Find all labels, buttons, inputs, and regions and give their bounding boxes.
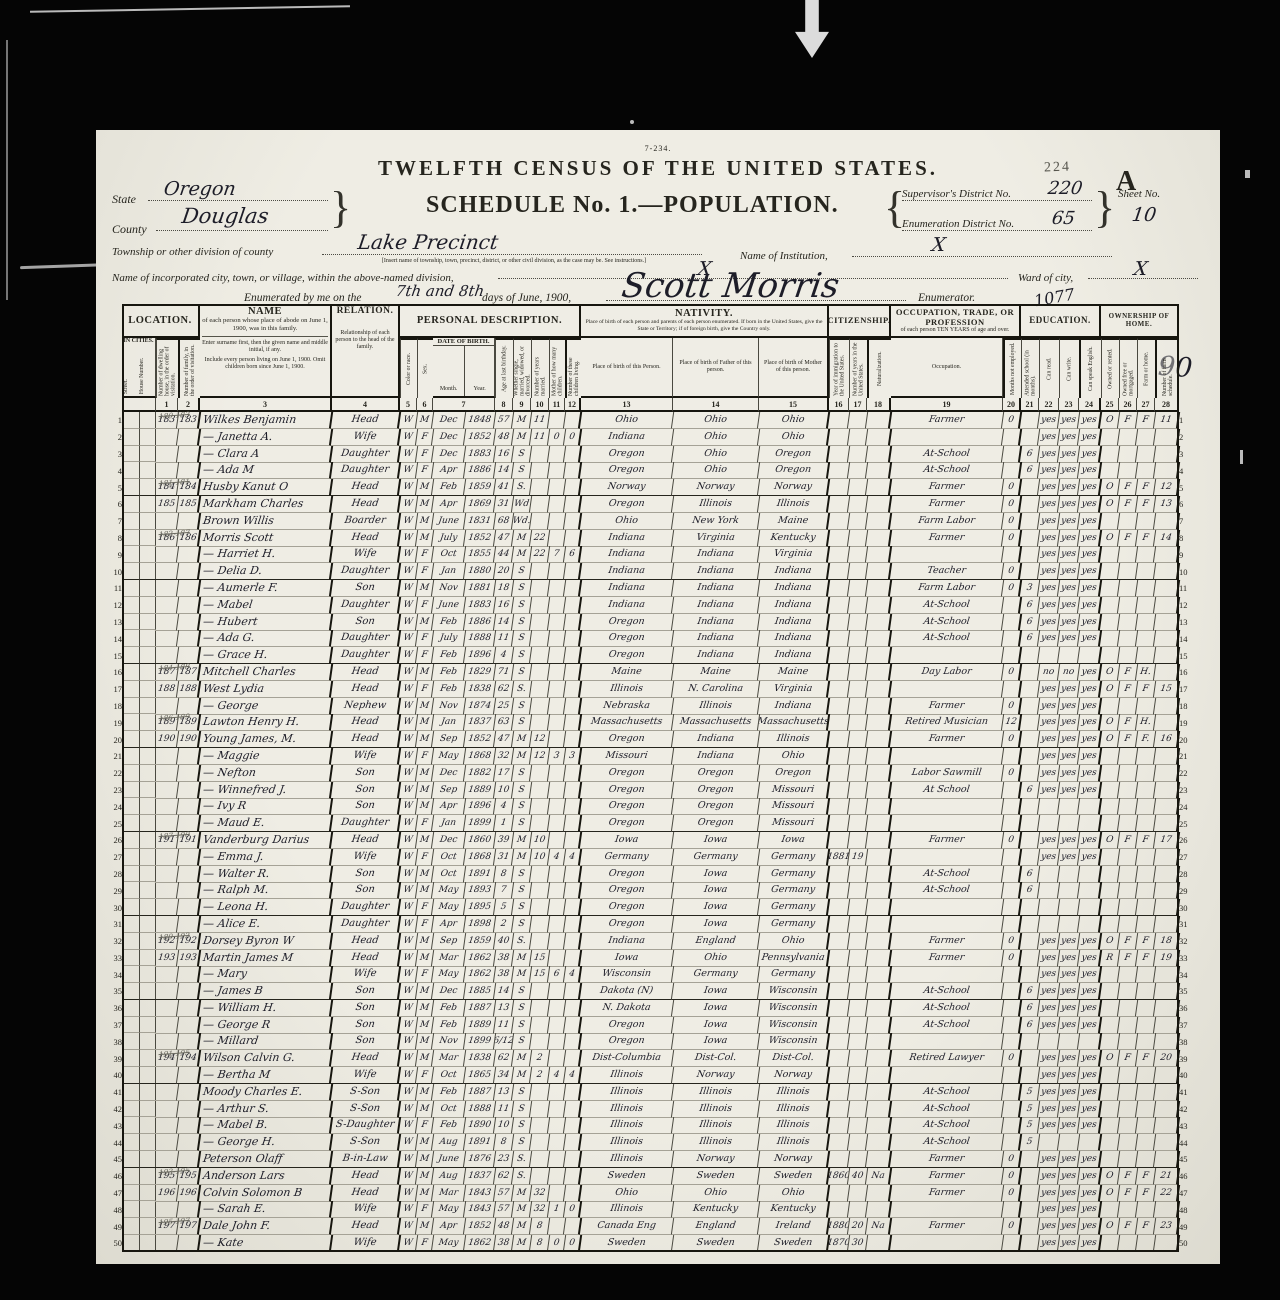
cell-occupation: At-School [890,866,1004,883]
cell-naturalization [866,1101,892,1118]
cell-naturalization [866,748,892,765]
cell-occupation: Farmer [890,412,1004,429]
cell-family-number [177,882,201,899]
cell-relation: Head [331,530,401,547]
cell-relation: Daughter [331,630,401,647]
cell-mother-birthplace: Oregon [758,446,830,463]
cell-name: — Nefton [199,765,333,782]
cell-house-number [140,782,156,799]
cell-dwelling-number [155,647,179,664]
cell-occupation: At School [890,782,1004,799]
column-number: 17 [849,398,867,412]
column-number: 28 [1155,398,1179,412]
cell-farm-schedule-number [1154,462,1180,479]
cell-birth-month: Feb [432,1117,466,1134]
scan-mark-arrow [795,0,829,58]
cell-can-write: yes [1058,630,1080,647]
cell-father-birthplace: Iowa [672,866,760,883]
cell-can-read: yes [1038,849,1060,866]
cell-house-number [140,1168,156,1185]
cell-naturalization: Na [866,1218,892,1235]
cell-immigration-year [828,933,850,950]
row-number-left: 50 [108,1235,122,1252]
cell-naturalization [866,1117,892,1134]
cell-birth-month: Sep [432,731,466,748]
cell-can-write: yes [1058,950,1080,967]
cell-father-birthplace: Iowa [672,916,760,933]
cell-can-write [1058,866,1080,883]
cell-immigration-year [828,1033,850,1050]
cell-can-write: yes [1058,1050,1080,1067]
cell-can-read: yes [1038,1218,1060,1235]
cell-father-birthplace: Ohio [672,412,760,429]
cell-can-write [1058,815,1080,832]
cell-naturalization [866,1067,892,1084]
cell-farm-schedule-number: 23 [1154,1218,1180,1235]
cell-immigration-year [828,614,850,631]
row-number-left: 24 [108,798,122,815]
cell-occupation: Farm Labor [890,513,1004,530]
cell-naturalization [866,1134,892,1151]
column-number: 14 [673,398,759,412]
cell-occupation [890,1067,1004,1084]
cell-can-speak-english: yes [1078,563,1102,580]
cell-street [122,1151,140,1168]
color-race-column-label: Color or race. [400,338,417,398]
cell-relation: S-Son [331,1101,401,1118]
cell-family-number [177,983,201,1000]
cell-occupation: Labor Sawmill [890,765,1004,782]
state-line: Oregon [148,178,328,201]
cell-can-speak-english: yes [1078,1101,1102,1118]
cell-can-speak-english: yes [1078,1050,1102,1067]
cell-naturalization [866,765,892,782]
cell-father-birthplace: Sweden [672,1168,760,1185]
cell-father-birthplace: Oregon [672,815,760,832]
cell-farm-schedule-number [1154,1017,1180,1034]
cell-can-write: yes [1058,765,1080,782]
cell-can-speak-english: yes [1078,950,1102,967]
cell-birth-year: 1843 [464,1185,496,1202]
cell-occupation: At-School [890,983,1004,1000]
name-note2: Include every person living on June 1, 1… [202,357,328,371]
row-number-right: 35 [1179,983,1205,1000]
cell-family-number: 197 [177,1218,201,1235]
cell-house-number [140,950,156,967]
cell-father-birthplace: Germany [672,849,760,866]
farm-or-home-column-label: Farm or home. [1137,338,1155,398]
cell-birth-year: 1882 [464,765,496,782]
family-column-label: Number of family, in the order of visita… [178,338,200,398]
cell-mother-birthplace: Wisconsin [758,1017,830,1034]
cell-street [122,1168,140,1185]
cell-house-number [140,630,156,647]
cell-dwelling-number: 195193 195 [155,1168,179,1185]
cell-mother-birthplace: Iowa [758,832,830,849]
cell-father-birthplace: Iowa [672,1033,760,1050]
cell-birth-year: 1893 [464,882,496,899]
cell-house-number [140,983,156,1000]
cell-can-read: yes [1038,580,1060,597]
cell-occupation [890,1201,1004,1218]
cell-father-birthplace: Indiana [672,597,760,614]
cell-birth-year: 1886 [464,614,496,631]
cell-relation: Wife [331,1201,401,1218]
nativity-sub: Place of birth of each person and parent… [582,319,826,332]
cell-immigration-year [828,765,850,782]
row-number-right: 36 [1179,1000,1205,1017]
cell-relation: Son [331,580,401,597]
cell-can-speak-english: yes [1078,1117,1102,1134]
cell-dwelling-number [155,899,179,916]
cell-house-number [140,647,156,664]
cell-mother-birthplace: Sweden [758,1235,830,1252]
cell-relation: Head [331,664,401,681]
cell-birthplace: Oregon [580,647,674,664]
cell-can-speak-english: yes [1078,496,1102,513]
cell-birth-month: Apr [432,496,466,513]
row-number-right: 34 [1179,966,1205,983]
cell-can-write: yes [1058,1168,1080,1185]
cell-can-read: yes [1038,563,1060,580]
cell-occupation [890,899,1004,916]
cell-relation: Head [331,496,401,513]
cell-family-number [177,966,201,983]
cell-birth-month: Jan [432,714,466,731]
cell-street [122,1134,140,1151]
name-title: NAME [248,306,282,317]
cell-birth-month: Feb [432,1000,466,1017]
cell-birth-year: 1868 [464,849,496,866]
cell-occupation: At-School [890,1101,1004,1118]
cell-occupation: Farmer [890,950,1004,967]
cell-birth-month: Sep [432,933,466,950]
cell-can-write: yes [1058,1201,1080,1218]
cell-can-speak-english [1078,1134,1102,1151]
cell-immigration-year [828,496,850,513]
cell-birthplace: Indiana [580,580,674,597]
row-number-left: 43 [108,1117,122,1134]
cell-occupation: Farmer [890,698,1004,715]
sheet-no-value: 10 [1130,204,1157,226]
cell-relation: S-Son [331,1084,401,1101]
cell-farm-schedule-number: 21 [1154,1168,1180,1185]
cell-father-birthplace: Illinois [672,1134,760,1151]
cell-street [122,1117,140,1134]
house-number-column-label: House Number. [139,345,155,396]
cell-name: — Harriet H. [199,546,333,563]
cell-immigration-year [828,647,850,664]
cell-birthplace: Illinois [580,1084,674,1101]
cell-birth-month: Apr [432,798,466,815]
cell-street [122,782,140,799]
cell-can-read: yes [1038,1117,1060,1134]
cell-can-read: yes [1038,950,1060,967]
row-number-left: 36 [108,1000,122,1017]
cell-dwelling-number [155,546,179,563]
brace-district-close: } [1094,182,1115,233]
cell-occupation: Farmer [890,496,1004,513]
row-number-right: 18 [1179,698,1205,715]
cell-can-read: yes [1038,429,1060,446]
cell-farm-schedule-number [1154,698,1180,715]
cell-birthplace: Oregon [580,1033,674,1050]
cell-mother-birthplace: Pennsylvania [758,950,830,967]
cell-dwelling-number: 192189 192 [155,933,179,950]
cell-naturalization [866,815,892,832]
column-number: 4 [332,398,400,412]
can-speak-english-column-label: Can speak English. [1079,338,1101,398]
cell-occupation [890,916,1004,933]
cell-birth-month: Dec [432,765,466,782]
cell-family-number [177,1000,201,1017]
cell-street [122,698,140,715]
cell-birth-year: 1898 [464,916,496,933]
cell-father-birthplace: Ohio [672,950,760,967]
row-number-left: 31 [108,916,122,933]
cell-house-number [140,1033,156,1050]
cell-occupation [890,798,1004,815]
cell-house-number [140,748,156,765]
cell-birth-month: June [432,513,466,530]
cell-dwelling-number [155,1033,179,1050]
cell-relation: Head [331,832,401,849]
column-number: 5 [400,398,417,412]
row-number-right: 31 [1179,916,1205,933]
years-in-us-column-label: Number of years in the United States. [849,338,867,398]
cell-farm-schedule-number: 12 [1154,479,1180,496]
cell-name: — Hubert [199,614,333,631]
cell-can-speak-english: yes [1078,664,1102,681]
cell-can-write: yes [1058,983,1080,1000]
cell-house-number [140,731,156,748]
scan-scratch [30,5,350,13]
row-number-left: 1 [108,412,122,429]
cell-farm-schedule-number [1154,630,1180,647]
cell-can-write: yes [1058,1218,1080,1235]
cell-mother-birthplace: Illinois [758,731,830,748]
row-number-right: 1 [1179,412,1205,429]
cell-farm-schedule-number [1154,849,1180,866]
row-number-right: 8 [1179,530,1205,547]
cell-house-number [140,698,156,715]
cell-house-number [140,1185,156,1202]
cell-naturalization [866,1050,892,1067]
row-number-left: 9 [108,546,122,563]
cell-farm-schedule-number [1154,765,1180,782]
row-number-left: 45 [108,1151,122,1168]
cell-house-number [140,1017,156,1034]
cell-birthplace: Oregon [580,496,674,513]
cell-family-number: 192 [177,933,201,950]
cell-immigration-year [828,597,850,614]
cell-birth-year: 1895 [464,899,496,916]
cell-relation: Daughter [331,647,401,664]
cell-mother-birthplace: Indiana [758,580,830,597]
cell-occupation [890,546,1004,563]
cell-can-write: yes [1058,1151,1080,1168]
cell-immigration-year [828,446,850,463]
cell-birthplace: Dist-Columbia [580,1050,674,1067]
cell-birth-year: 1852 [464,731,496,748]
cell-farm-schedule-number [1154,1117,1180,1134]
cell-father-birthplace: Indiana [672,731,760,748]
cell-farm-schedule-number [1154,916,1180,933]
cell-farm-schedule-number [1154,1067,1180,1084]
row-number-left: 5 [108,479,122,496]
cell-birth-year: 1843 [464,1201,496,1218]
cell-birth-year: 1852 [464,429,496,446]
cell-street [122,462,140,479]
cell-occupation: Farmer [890,530,1004,547]
cell-can-write: yes [1058,597,1080,614]
cell-birth-month: Nov [432,1033,466,1050]
cell-immigration-year: 1870 [828,1235,850,1252]
cell-can-read: yes [1038,731,1060,748]
cell-birthplace: Oregon [580,866,674,883]
cell-street [122,563,140,580]
cell-immigration-year [828,1117,850,1134]
row-number-right: 10 [1179,563,1205,580]
cell-mother-birthplace: Germany [758,882,830,899]
birth-month-label: Month. [433,346,465,396]
cell-relation: S-Daughter [331,1117,401,1134]
cell-naturalization [866,412,892,429]
row-number-right: 37 [1179,1017,1205,1034]
cell-naturalization [866,496,892,513]
cell-can-write [1058,1134,1080,1151]
cell-mother-birthplace: Indiana [758,597,830,614]
cell-birthplace: Illinois [580,1201,674,1218]
row-number-right: 24 [1179,798,1205,815]
cell-house-number [140,1067,156,1084]
cell-relation: Son [331,882,401,899]
cell-family-number: 188 [177,681,201,698]
cell-birthplace: Oregon [580,899,674,916]
cell-can-read [1038,1134,1060,1151]
cell-farm-schedule-number [1154,446,1180,463]
cell-mother-birthplace: Sweden [758,1168,830,1185]
cell-relation: Son [331,765,401,782]
cell-immigration-year: 1860 [828,1168,850,1185]
row-number-left: 15 [108,647,122,664]
cell-mother-birthplace: Missouri [758,798,830,815]
cell-birth-year: 1887 [464,1084,496,1101]
cell-naturalization [866,698,892,715]
owned-rented-column-label: Owned or rented. [1101,338,1119,398]
ward-line: X [1088,258,1198,279]
cell-house-number [140,496,156,513]
cell-mother-birthplace: Wisconsin [758,1033,830,1050]
cell-name: — Janetta A. [199,429,333,446]
cell-birth-year: 1852 [464,530,496,547]
cell-relation: Nephew [331,698,401,715]
cell-mother-birthplace: Illinois [758,1101,830,1118]
cell-birth-month: Dec [432,429,466,446]
cell-father-birthplace: Iowa [672,1017,760,1034]
cell-name: — Alice E. [199,916,333,933]
cell-naturalization [866,1235,892,1252]
county-line: Douglas [156,204,328,231]
occupation-group-header: OCCUPATION, TRADE, OR PROFESSION of each… [891,304,1021,338]
census-sheet: 7-234. TWELFTH CENSUS OF THE UNITED STAT… [96,130,1220,1264]
cell-birthplace: Ohio [580,513,674,530]
cell-family-number [177,849,201,866]
cell-can-read: yes [1038,983,1060,1000]
row-number-right: 9 [1179,546,1205,563]
cell-can-write: yes [1058,1117,1080,1134]
cell-birth-year: 1889 [464,782,496,799]
cell-dwelling-number [155,966,179,983]
cell-farm-schedule-number [1154,798,1180,815]
cell-name: Vanderburg Darius [199,832,333,849]
cell-family-number [177,1084,201,1101]
row-number-left: 27 [108,849,122,866]
column-number: 19 [891,398,1003,412]
row-number-left: 39 [108,1050,122,1067]
cell-dwelling-number: 193 [155,950,179,967]
cell-house-number [140,462,156,479]
cell-birth-year: 1896 [464,647,496,664]
column-number: 16 [829,398,849,412]
cell-father-birthplace: Germany [672,966,760,983]
cell-immigration-year [828,513,850,530]
cell-dwelling-number: 194191 195 [155,1050,179,1067]
row-number-right: 32 [1179,933,1205,950]
cell-father-birthplace: New York [672,513,760,530]
cell-relation: Daughter [331,916,401,933]
cell-mother-birthplace: Virginia [758,546,830,563]
row-number-right: 40 [1179,1067,1205,1084]
years-married-column-label: Number of years married. [531,338,549,398]
cell-birth-month: June [432,597,466,614]
cell-birthplace: Illinois [580,1151,674,1168]
row-number-right: 4 [1179,462,1205,479]
cell-naturalization [866,933,892,950]
cell-family-number: 184 [177,479,201,496]
cell-birth-year: 1859 [464,479,496,496]
cell-birth-month: July [432,530,466,547]
cell-relation: Wife [331,429,401,446]
cell-relation: Son [331,614,401,631]
row-number-right: 30 [1179,899,1205,916]
sheet-no-label: Sheet No. [1118,188,1160,200]
cell-name: — Walter R. [199,866,333,883]
cell-can-read: yes [1038,681,1060,698]
cell-immigration-year [828,1201,850,1218]
row-number-right: 3 [1179,446,1205,463]
cell-farm-schedule-number: 17 [1154,832,1180,849]
cell-birth-year: 1868 [464,748,496,765]
cell-naturalization [866,546,892,563]
cell-mother-birthplace: Germany [758,849,830,866]
cell-name: Markham Charles [199,496,333,513]
cell-can-speak-english: yes [1078,714,1102,731]
township-label: Township or other division of county [112,246,273,258]
cell-can-read [1038,882,1060,899]
cell-can-read: yes [1038,412,1060,429]
cell-house-number [140,815,156,832]
row-number-left: 46 [108,1168,122,1185]
cell-can-write: yes [1058,479,1080,496]
row-number-left: 12 [108,597,122,614]
institution-x-mark: X [930,234,947,256]
cell-name: — Millard [199,1033,333,1050]
cell-can-write: yes [1058,614,1080,631]
cell-street [122,496,140,513]
cell-birthplace: Oregon [580,765,674,782]
cell-street [122,933,140,950]
